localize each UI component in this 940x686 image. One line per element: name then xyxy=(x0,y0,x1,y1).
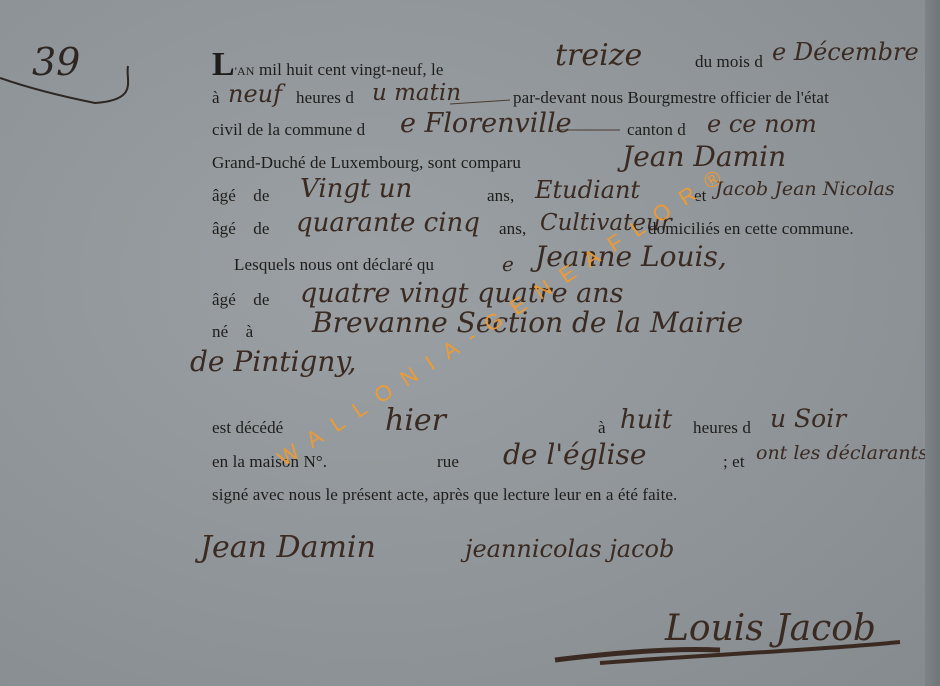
printed-age-de-2: âgé de xyxy=(212,219,270,239)
handwritten-death-hour: huit xyxy=(620,405,672,435)
handwritten-street: de l'église xyxy=(503,438,646,471)
printed-ans-2: ans, xyxy=(499,219,526,239)
signature-declarant-1: Jean Damin xyxy=(200,530,376,565)
handwritten-commune: e Florenville xyxy=(400,108,572,139)
handwritten-declarant-2: Jacob Jean Nicolas xyxy=(715,178,895,200)
printed-domicilies: domiciliés en cette commune. xyxy=(648,219,854,239)
printed-text: mil huit cent vingt-neuf, le xyxy=(259,60,444,79)
printed-rue: rue xyxy=(437,452,459,472)
printed-ans-1: ans, xyxy=(487,186,514,206)
dropcap-L: L xyxy=(212,46,235,83)
printed-du-mois: du mois d xyxy=(695,52,763,72)
handwritten-deceased-prefix: e xyxy=(502,252,514,276)
signature-mayor: Louis Jacob xyxy=(665,608,876,649)
handwritten-declarant-1-occupation: Etudiant xyxy=(535,176,640,204)
handwritten-month: e Décembre xyxy=(772,38,919,66)
handwritten-declarant-2-age: quarante cinq xyxy=(296,208,480,238)
register-page: 39 L'AN mil huit cent vingt-neuf, le tre… xyxy=(0,0,925,686)
handwritten-death-day: hier xyxy=(385,403,446,438)
printed-heures-2: heures d xyxy=(693,418,751,438)
page-binding-edge xyxy=(925,0,940,686)
handwritten-declarant-1-age: Vingt un xyxy=(300,174,412,204)
handwritten-declarant-1: Jean Damin xyxy=(622,140,786,173)
printed-age-de-1: âgé de xyxy=(212,186,270,206)
handwritten-birthplace-cont: de Pintigny, xyxy=(190,345,356,378)
printed-age-de-3: âgé de xyxy=(212,290,270,310)
printed-signe-avec-nous: signé avec nous le présent acte, après q… xyxy=(212,485,677,505)
printed-canton: canton d xyxy=(627,120,686,140)
printed-grand-duche: Grand-Duché de Luxembourg, sont comparu xyxy=(212,153,521,173)
printed-lesquels: Lesquels nous ont déclaré qu xyxy=(234,255,434,275)
printed-a: à xyxy=(212,88,220,108)
handwritten-hour: neuf xyxy=(228,80,282,108)
handwritten-day: treize xyxy=(555,38,642,73)
printed-ne-a: né à xyxy=(212,322,253,342)
smallcaps-an: 'AN xyxy=(235,64,255,78)
printed-line-1: L'AN mil huit cent vingt-neuf, le xyxy=(212,48,444,82)
printed-civil-commune: civil de la commune d xyxy=(212,120,365,140)
printed-est-decede: est décédé xyxy=(212,418,283,438)
signature-declarant-2: jeannicolas jacob xyxy=(465,535,674,563)
printed-a-2: à xyxy=(598,418,606,438)
entry-number: 39 xyxy=(32,40,80,84)
handwritten-death-time-of-day: u Soir xyxy=(770,404,846,433)
printed-et-2: ; et xyxy=(723,452,745,472)
handwritten-canton: e ce nom xyxy=(707,110,817,138)
handwritten-time-of-day: u matin xyxy=(372,80,461,106)
printed-par-devant: par-devant nous Bourgmestre officier de … xyxy=(513,88,829,108)
handwritten-closing: ont les déclarants xyxy=(756,442,928,464)
printed-heures: heures d xyxy=(296,88,354,108)
